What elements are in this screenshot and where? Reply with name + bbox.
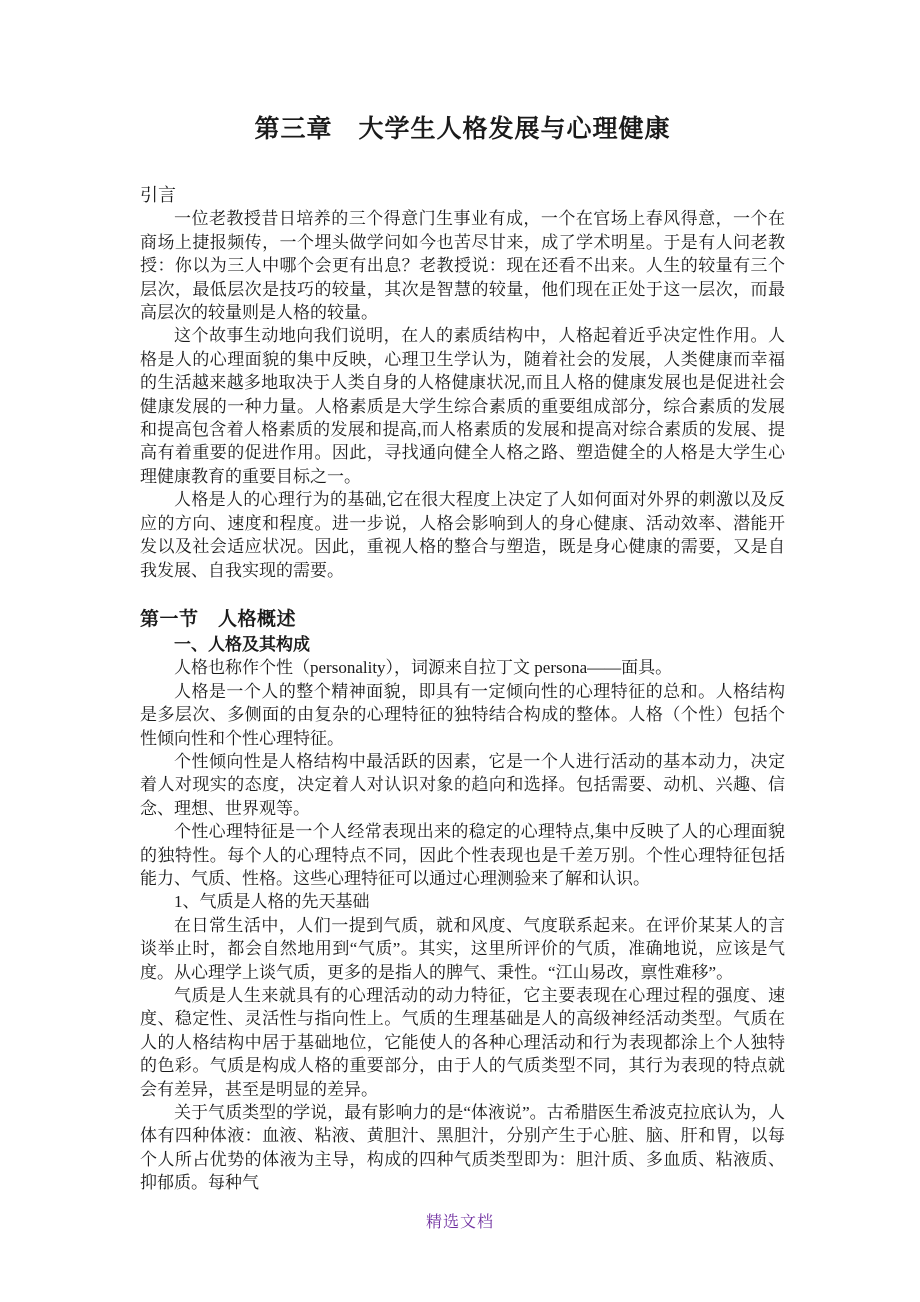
body-paragraph: 在日常生活中，人们一提到气质，就和风度、气度联系起来。在评价某某人的言谈举止时，… xyxy=(140,914,785,984)
document-page: 第三章 大学生人格发展与心理健康 引言 一位老教授昔日培养的三个得意门生事业有成… xyxy=(0,0,920,1302)
body-paragraph: 关于气质类型的学说，最有影响力的是“体液说”。古希腊医生希波克拉底认为，人体有四… xyxy=(140,1101,785,1195)
body-paragraph: 人格是一个人的整个精神面貌，即具有一定倾向性的心理特征的总和。人格结构是多层次、… xyxy=(140,680,785,750)
chapter-title: 第三章 大学生人格发展与心理健康 xyxy=(140,112,785,148)
intro-paragraph: 这个故事生动地向我们说明，在人的素质结构中，人格起着近乎决定性作用。人格是人的心… xyxy=(140,324,785,488)
body-paragraph: 人格也称作个性（personality），词源来自拉丁文 persona——面具… xyxy=(140,656,785,679)
intro-paragraph: 人格是人的心理行为的基础,它在很大程度上决定了人如何面对外界的刺激以及反应的方向… xyxy=(140,488,785,582)
intro-heading: 引言 xyxy=(140,184,785,207)
document-content: 第三章 大学生人格发展与心理健康 引言 一位老教授昔日培养的三个得意门生事业有成… xyxy=(140,0,785,1195)
intro-paragraph: 一位老教授昔日培养的三个得意门生事业有成，一个在官场上春风得意，一个在商场上捷报… xyxy=(140,207,785,324)
section1-heading: 第一节 人格概述 xyxy=(140,606,785,633)
body-paragraph: 个性心理特征是一个人经常表现出来的稳定的心理特点,集中反映了人的心理面貌的独特性… xyxy=(140,820,785,890)
body-paragraph: 个性倾向性是人格结构中最活跃的因素，它是一个人进行活动的基本动力，决定着人对现实… xyxy=(140,750,785,820)
body-paragraph: 气质是人生来就具有的心理活动的动力特征，它主要表现在心理过程的强度、速度、稳定性… xyxy=(140,984,785,1101)
subsection-heading-personality-composition: 一、人格及其构成 xyxy=(140,633,785,656)
subsection-heading-temperament: 1、气质是人格的先天基础 xyxy=(140,890,785,913)
footer-watermark: 精选文档 xyxy=(0,1209,920,1232)
